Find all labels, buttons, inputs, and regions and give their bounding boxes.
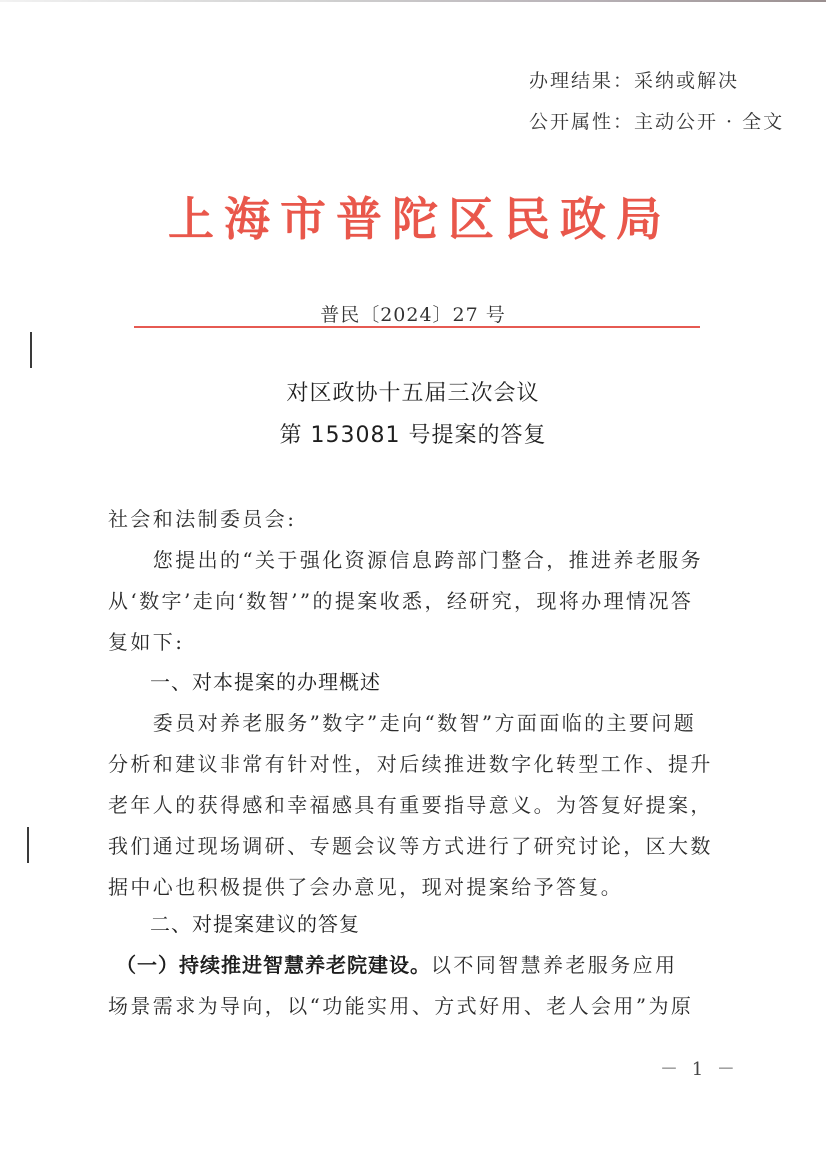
intro-line-3: 复如下: <box>108 626 184 655</box>
document-title-line2: 第 153081 号提案的答复 <box>0 418 826 449</box>
section1-line-3: 老年人的获得感和幸福感具有重要指导意义。为答复好提案， <box>108 789 713 818</box>
section1-line-5: 据中心也积极提供了会办意见，现对提案给予答复。 <box>108 871 623 900</box>
intro-line-1: 您提出的“关于强化资源信息跨部门整合，推进养老服务 <box>108 544 703 573</box>
section2-item1-rest: 以不同智慧养老服务应用 <box>431 953 677 977</box>
document-number: 普民〔2024〕27 号 <box>0 300 826 327</box>
handling-result-value: 采纳或解决 <box>634 70 739 92</box>
binding-mark-top <box>30 332 32 368</box>
section2-item1: （一）持续推进智慧养老院建设。以不同智慧养老服务应用 <box>116 949 677 978</box>
addressee: 社会和法制委员会: <box>108 503 296 532</box>
page-number: － 1 － <box>660 1055 739 1081</box>
intro-line-2: 从‘数字’走向‘数智’”的提案收悉，经研究，现将办理情况答 <box>108 585 693 614</box>
red-divider <box>134 326 700 328</box>
disclosure-label: 公开属性： <box>529 111 634 133</box>
handling-result: 办理结果：采纳或解决 <box>529 66 739 93</box>
document-title-line1: 对区政协十五届三次会议 <box>0 376 826 407</box>
section1-line-2: 分析和建议非常有针对性，对后续推进数字化转型工作、提升 <box>108 748 713 777</box>
binding-mark-bottom <box>27 827 29 863</box>
disclosure-value: 主动公开 · 全文 <box>634 111 784 133</box>
section1-line-4: 我们通过现场调研、专题会议等方式进行了研究讨论，区大数 <box>108 830 713 859</box>
section2-line-2: 场景需求为导向，以“功能实用、方式好用、老人会用”为原 <box>108 990 693 1019</box>
section2-item1-lead: （一）持续推进智慧养老院建设。 <box>116 953 431 977</box>
agency-letterhead: 上海市普陀区民政局 <box>140 183 700 249</box>
section-heading-1: 一、对本提案的办理概述 <box>108 666 381 695</box>
section-heading-2: 二、对提案建议的答复 <box>108 908 360 937</box>
scan-edge <box>0 0 826 2</box>
section1-line-1: 委员对养老服务”数字”走向“数智”方面面临的主要问题 <box>108 707 696 736</box>
disclosure-attribute: 公开属性：主动公开 · 全文 <box>529 107 784 134</box>
handling-result-label: 办理结果： <box>529 70 634 92</box>
